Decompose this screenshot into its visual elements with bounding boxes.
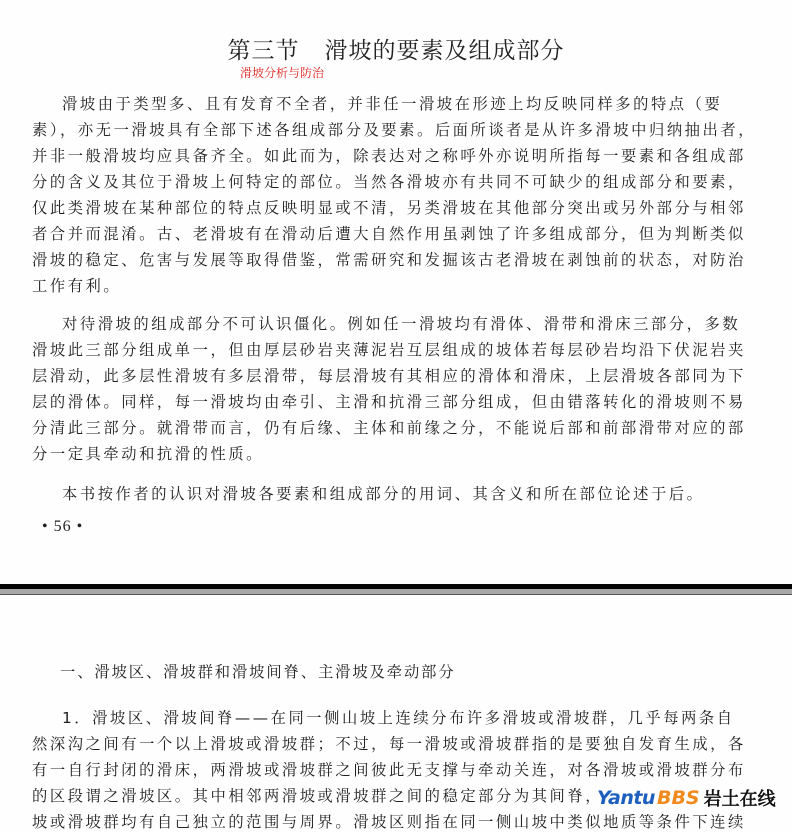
text-line: 素），亦无一滑坡具有全部下述各组成部分及要素。后面所谈者是从许多滑坡中归纳抽出者…	[32, 118, 774, 142]
text-line: 1．滑坡区、滑坡间脊——在同一侧山坡上连续分布许多滑坡或滑坡群，几乎每两条自	[62, 706, 792, 730]
text-line: 然深沟之间有一个以上滑坡或滑坡群；不过，每一滑坡或滑坡群指的是要独自发育生成，各	[32, 732, 774, 756]
text-line: 者合并而混淆。古、老滑坡有在滑动后遭大自然作用虽剥蚀了许多组成部分，但为判断类似	[32, 222, 774, 246]
watermark-cn: 岩土在线	[704, 785, 776, 811]
text-line: 分一定具牵动和抗滑的性质。	[32, 442, 774, 466]
text-line: 分清此三部分。就滑带而言，仍有后缘、主体和前缘之分，不能说后部和前部滑带对应的部	[32, 416, 774, 440]
text-line: 工作有利。	[32, 274, 774, 298]
watermark-logo: Yantu BBS 岩土在线	[597, 786, 776, 810]
text-line: 滑坡此三部分组成单一，但由厚层砂岩夹薄泥岩互层组成的坡体若每层砂岩均沿下伏泥岩夹	[32, 338, 774, 362]
watermark-bbs: BBS	[657, 787, 700, 809]
watermark-yantu: Yantu	[597, 787, 655, 809]
section-title: 第三节 滑坡的要素及组成部分	[0, 32, 792, 65]
document-page-upper: 第三节 滑坡的要素及组成部分 滑坡分析与防治 滑坡由于类型多、且有发育不全者，并…	[0, 0, 792, 582]
text-line: 并非一般滑坡均应具备齐全。如此而为，除表达对之称呼外亦说明所指每一要素和各组成部	[32, 144, 774, 168]
page-separator-edge	[0, 594, 792, 595]
text-line: 本书按作者的认识对滑坡各要素和组成部分的用词、其含义和所在部位论述于后。	[62, 482, 792, 506]
page-number: • 56 •	[42, 518, 83, 536]
text-line: 对待滑坡的组成部分不可认识僵化。例如任一滑坡均有滑体、滑带和滑床三部分，多数	[62, 312, 792, 336]
subsection-heading: 一、滑坡区、滑坡群和滑坡间脊、主滑坡及牵动部分	[60, 660, 456, 682]
text-line: 分的含义及其位于滑坡上何特定的部位。当然各滑坡亦有共同不可缺少的组成部分和要素，	[32, 170, 774, 194]
text-line: 滑坡的稳定、危害与发展等取得借鉴，常需研究和发掘该古老滑坡在剥蚀前的状态，对防治	[32, 248, 774, 272]
overlay-label: 滑坡分析与防治	[240, 64, 324, 81]
text-line: 有一自行封闭的滑床，两滑坡或滑坡群之间彼此无支撑与牵动关连，对各滑坡或滑坡群分布	[32, 758, 774, 782]
text-line: 坡或滑坡群均有自己独立的范围与周界。滑坡区则指在同一侧山坡中类似地质等条件下连续	[32, 810, 774, 832]
text-line: 层的滑体。同样，每一滑坡均由牵引、主滑和抗滑三部分组成，但由错落转化的滑坡则不易	[32, 390, 774, 414]
text-line: 滑坡由于类型多、且有发育不全者，并非任一滑坡在形迹上均反映同样多的特点（要	[62, 92, 792, 116]
text-line: 层滑动，此多层性滑坡有多层滑带，每层滑坡有其相应的滑体和滑床，上层滑坡各部同为下	[32, 364, 774, 388]
text-line: 仅此类滑坡在某种部位的特点反映明显或不清，另类滑坡在其他部分突出或另外部分与相邻	[32, 196, 774, 220]
